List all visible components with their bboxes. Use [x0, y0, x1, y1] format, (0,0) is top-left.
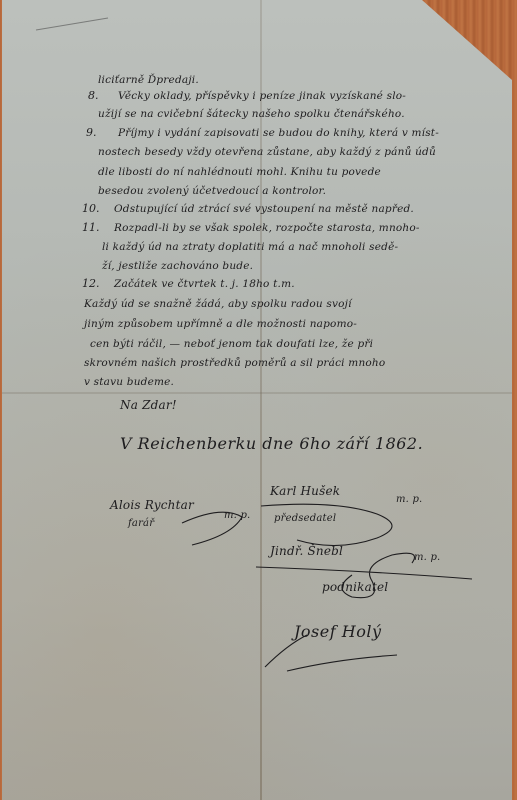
line-6: dle libosti do ní nahlédnouti mohl. Knih…: [98, 166, 381, 178]
paper-sheet: liciťarně Ďpredaji. 8. Věcky oklady, pří…: [2, 0, 512, 800]
line-15: cen býti ráčil, — neboť jenom tak doufat…: [90, 338, 373, 350]
line-14: jiným způsobem upřímně a dle možnosti na…: [84, 318, 357, 330]
item-number-8: 8.: [88, 89, 99, 102]
item-number-11: 11.: [82, 221, 100, 234]
line-10: li každý úd na ztraty doplatiti má a nač…: [102, 241, 398, 253]
line-8: Odstupující úd ztrácí své vystoupení na …: [114, 203, 414, 215]
line-17: v stavu budeme.: [84, 376, 174, 388]
signature-flourish-3: [252, 545, 482, 605]
line-12: Začátek ve čtvrtek t. j. 18ho t.m.: [114, 278, 295, 290]
closing-salutation: Na Zdar!: [120, 398, 177, 412]
item-number-9: 9.: [86, 126, 97, 139]
line-7: besedou zvolený účetvedoucí a kontrolor.: [98, 185, 326, 197]
line-13: Každý úd se snažně žádá, aby spolku rado…: [84, 298, 352, 310]
line-16: skrovném našich prostředků poměrů a sil …: [84, 357, 385, 369]
line-9: Rozpadl-li by se však spolek, rozpočte s…: [114, 222, 420, 234]
line-2: Věcky oklady, příspěvky i peníze jinak v…: [118, 90, 406, 102]
signature-flourish-4: [257, 615, 417, 675]
signature-role-1: farář: [128, 518, 154, 529]
line-11: ží, jestliže zachováno bude.: [102, 260, 253, 272]
item-number-12: 12.: [82, 277, 100, 290]
horizontal-fold-line: [2, 392, 512, 394]
vertical-fold-line: [260, 0, 262, 800]
line-5: nostech besedy vždy otevřena zůstane, ab…: [98, 146, 436, 158]
line-1: liciťarně Ďpredaji.: [98, 74, 199, 86]
date-line: V Reichenberku dne 6ho září 1862.: [120, 434, 423, 453]
pencil-mark: [32, 14, 112, 34]
line-3: užijí se na cvičební šátecky našeho spol…: [98, 108, 405, 120]
item-number-10: 10.: [82, 202, 100, 215]
signature-flourish-1: [162, 505, 252, 550]
line-4: Příjmy i vydání zapisovati se budou do k…: [118, 127, 439, 139]
signature-name-2: Karl Hušek: [270, 484, 340, 498]
